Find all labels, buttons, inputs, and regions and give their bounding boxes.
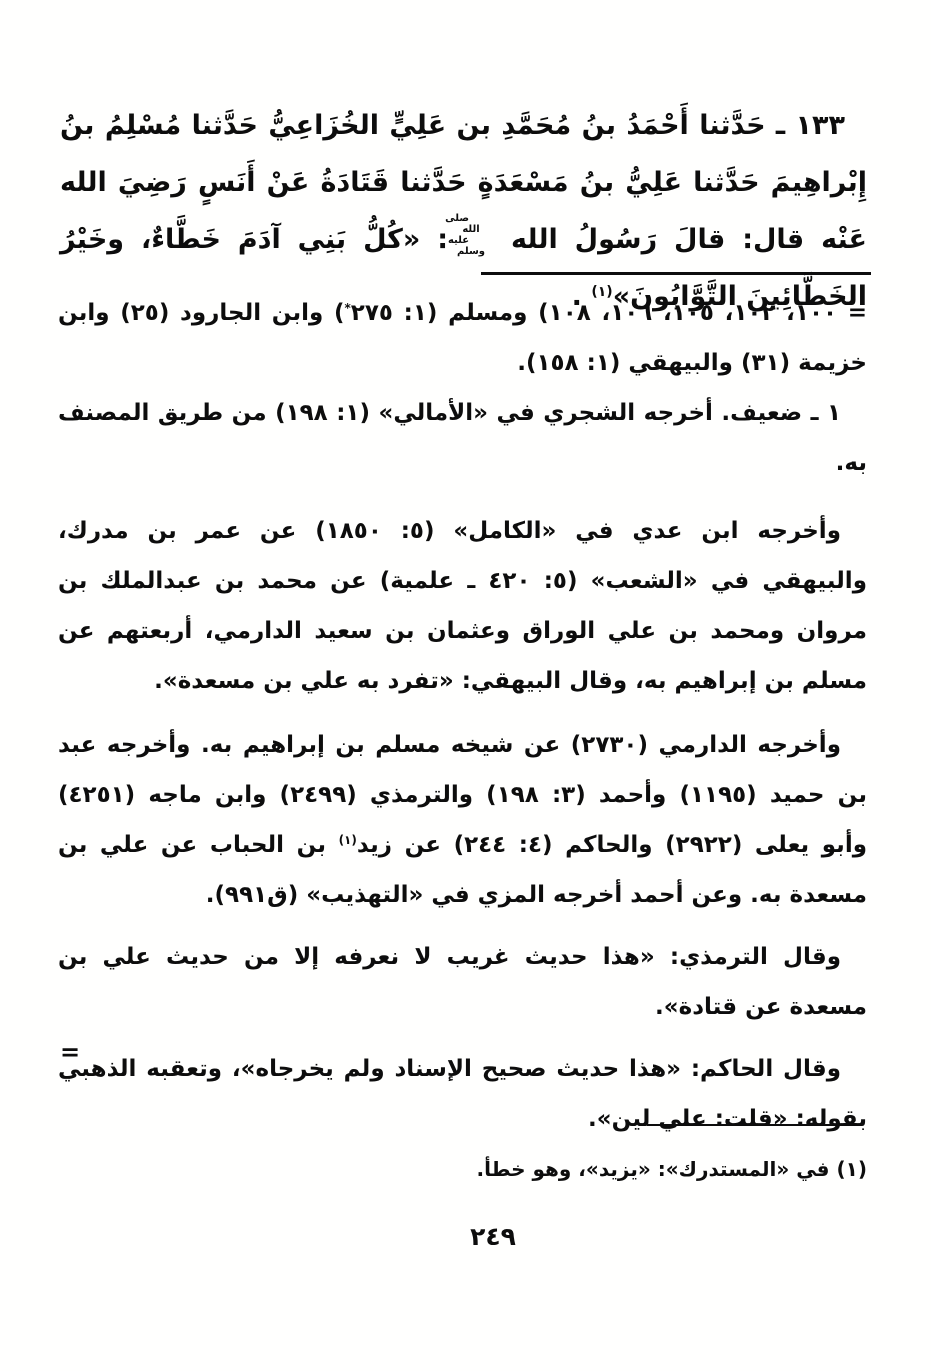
- commentary-paragraph: ١ ـ ضعيف. أخرجه الشجري في «الأمالي» (١: …: [58, 388, 867, 488]
- commentary-paragraph: وأخرجه الدارمي (٢٧٣٠) عن شيخه مسلم بن إب…: [58, 720, 867, 920]
- commentary-paragraph: وقال الحاكم: «هذا حديث صحيح الإسناد ولم …: [58, 1044, 867, 1144]
- footnote-ref-marker: (١): [339, 833, 357, 847]
- continuation-marker-bottom: =: [60, 1038, 80, 1066]
- takhrij-commentary: = ١٠٠، ١٠٢، ١٠٥، ١٠٦، ١٠٨) ومسلم (١: ٢٧٥…: [58, 288, 867, 1144]
- commentary-paragraph: وقال الترمذي: «هذا حديث غريب لا نعرفه إل…: [58, 932, 867, 1032]
- footnote-ref-marker: *: [345, 301, 351, 315]
- hadith-footnote-separator: [481, 272, 871, 275]
- footnote-separator: [647, 1124, 859, 1126]
- honorific-saw-mark: صلى اللهعليه وسلم: [451, 213, 491, 257]
- commentary-paragraph: وأخرجه ابن عدي في «الكامل» (٥: ١٨٥٠) عن …: [58, 506, 867, 706]
- book-page: ١٣٣ ـ حَدَّثنا أَحْمَدُ بنُ مُحَمَّدِ بن…: [0, 0, 931, 1371]
- footnote-text: (١) في «المستدرك»: «يزيد»، وهو خطأ.: [60, 1152, 867, 1186]
- page-number: ٢٤٩: [55, 1222, 931, 1251]
- commentary-paragraph: = ١٠٠، ١٠٢، ١٠٥، ١٠٦، ١٠٨) ومسلم (١: ٢٧٥…: [58, 288, 867, 388]
